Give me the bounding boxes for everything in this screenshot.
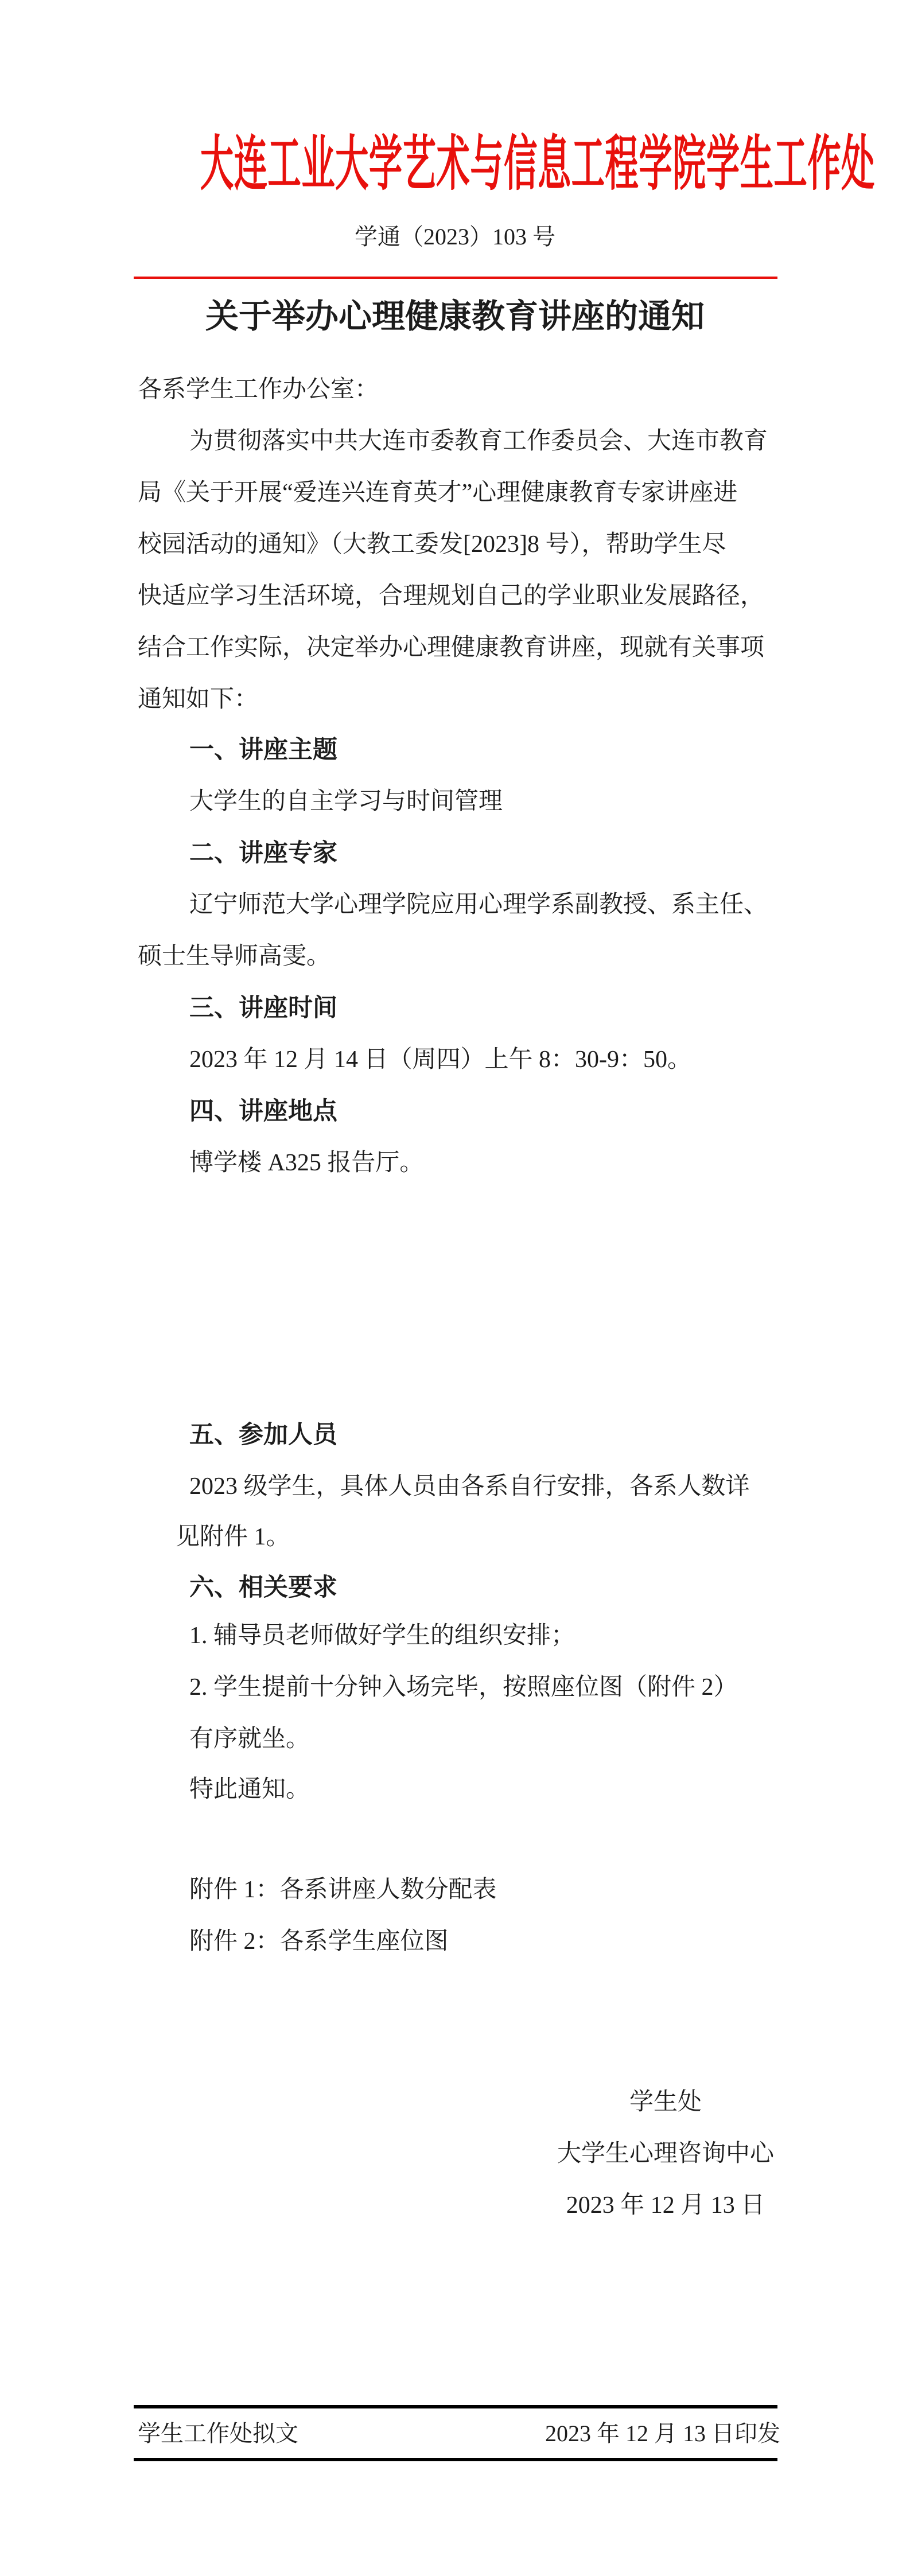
signature-date: 2023 年 12 月 13 日 [493,2189,838,2222]
numbered-item-line: 2. 学生提前十分钟入场完毕，按照座位图（附件 2） [189,1671,738,1704]
document-title: 关于举办心理健康教育讲座的通知 [0,296,910,337]
section-heading-1: 一、讲座主题 [189,733,337,766]
signature-dept-secondary: 大学生心理咨询中心 [493,2137,838,2170]
paragraph-line: 有序就坐。 [189,1722,310,1756]
attachment-line-1: 附件 1：各系讲座人数分配表 [189,1873,497,1906]
numbered-item-line: 1. 辅导员老师做好学生的组织安排； [189,1619,575,1652]
section-heading-3: 三、讲座时间 [189,991,337,1025]
attachment-line-2: 附件 2：各系学生座位图 [189,1925,449,1958]
paragraph-line: 通知如下： [138,683,258,716]
document-number: 学通（2023）103 号 [0,223,910,251]
section-heading-6: 六、相关要求 [189,1571,337,1604]
red-separator-line [134,277,777,279]
closing-line: 特此通知。 [189,1773,310,1806]
signature-dept-primary: 学生处 [493,2085,838,2119]
paragraph-line: 快适应学习生活环境，合理规划自己的学业职业发展路径， [138,579,764,613]
paragraph-line: 2023 级学生，具体人员由各系自行安排，各系人数详 [189,1470,750,1503]
notice-document-page: 大连工业大学艺术与信息工程学院学生工作处 学通（2023）103 号 关于举办心… [0,0,910,2576]
footer-issue-date: 2023 年 12 月 13 日印发 [545,2417,780,2451]
section-heading-5: 五、参加人员 [189,1418,337,1452]
paragraph-line: 局《关于开展“爱连兴连育英才”心理健康教育专家讲座进 [138,476,737,509]
footer-drafter: 学生工作处拟文 [138,2417,298,2451]
paragraph-line: 2023 年 12 月 14 日（周四）上午 8：30-9：50。 [189,1043,691,1076]
paragraph-line: 为贯彻落实中共大连市委教育工作委员会、大连市教育 [189,425,768,458]
agency-red-header: 大连工业大学艺术与信息工程学院学生工作处 [200,122,710,208]
paragraph-line: 辽宁师范大学心理学院应用心理学系副教授、系主任、 [189,888,768,921]
salutation-line: 各系学生工作办公室： [138,373,379,406]
paragraph-line: 大学生的自主学习与时间管理 [189,785,503,818]
section-heading-2: 二、讲座专家 [189,836,337,870]
paragraph-line: 博学楼 A325 报告厅。 [189,1146,423,1180]
paragraph-line: 硕士生导师高雯。 [138,940,330,973]
paragraph-line: 见附件 1。 [176,1520,290,1554]
footer-bottom-rule [134,2458,777,2461]
footer-top-rule [134,2405,777,2408]
paragraph-line: 结合工作实际，决定举办心理健康教育讲座，现就有关事项 [138,631,764,664]
paragraph-line: 校园活动的通知》（大教工委发[2023]8 号），帮助学生尽 [138,528,726,561]
section-heading-4: 四、讲座地点 [189,1095,337,1128]
